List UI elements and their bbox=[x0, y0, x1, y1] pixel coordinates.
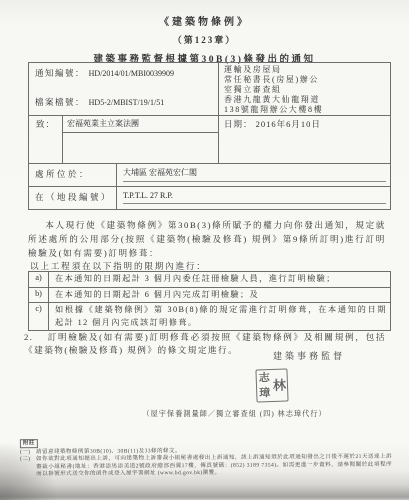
name-seal-stamp: 林 志 璋 bbox=[255, 368, 288, 402]
deadline-item-b: b) 在本通知的日期起計 6 個月內完成訂明檢驗；及 bbox=[29, 287, 390, 303]
reference-row: 通知編號： HD/2014/01/MBI0039909 檔案檔號： HD5-2/… bbox=[29, 63, 390, 115]
premises-row: 處所位於： 大埔區 宏福苑宏仁閣 bbox=[29, 163, 390, 186]
issuer-line: 運輸及房屋局 bbox=[224, 65, 388, 75]
premises-value: 大埔區 宏福苑宏仁閣 bbox=[123, 167, 386, 182]
footnote-text: 如你欲對此項通知提出上訴，可向建築物上訴審裁小組秘書處發出上訴通知，該上訴通知須… bbox=[36, 454, 392, 478]
date-cell: 日期： 2016年6月10日 bbox=[219, 116, 390, 163]
deadline-item-a: a) 在本通知的日期起計 3 個月內委任註冊檢驗人員，進行訂明檢驗； bbox=[29, 272, 390, 287]
notice-info-table: 通知編號： HD/2014/01/MBI0039909 檔案檔號： HD5-2/… bbox=[28, 62, 391, 210]
chapter-number: （第123章） bbox=[0, 33, 409, 46]
footnote-number: (二) bbox=[20, 457, 36, 479]
seal-character: 志 bbox=[256, 370, 272, 386]
ordinance-title: 《建築物條例》 bbox=[0, 13, 409, 28]
to-label: 致： bbox=[29, 116, 63, 163]
attestation-line: （屋宇保養測量師／獨立審查組 (四) 林志璋代行） bbox=[60, 409, 409, 419]
footnote-2: (二) 如你欲對此項通知提出上訴，可向建築物上訴審裁小組秘書處發出上訴通知，該上… bbox=[20, 454, 392, 478]
date-value: 2016年6月10日 bbox=[256, 119, 321, 129]
recipient-name: 宏福苑業主立案法團 bbox=[63, 116, 218, 133]
issuer-address-cell: 運輸及房屋局 常任秘書長(房屋)辦公 室獨立審查組 香港九龍黃大仙龍翔道 138… bbox=[219, 63, 390, 115]
lot-cell: T.P.T.L. 27 R.P. bbox=[117, 187, 390, 209]
notice-number-line: 通知編號： HD/2014/01/MBI0039909 bbox=[35, 67, 214, 79]
issuer-line: 香港九龍黃大仙龍翔道 bbox=[224, 95, 388, 105]
reference-numbers-cell: 通知編號： HD/2014/01/MBI0039909 檔案檔號： HD5-2/… bbox=[29, 63, 219, 115]
main-paragraph: 本人現行使《建築物條例》第30B(3)條所賦予的權力向你發出通知，規定就所述處所… bbox=[28, 218, 386, 260]
recipient-cell: 宏福苑業主立案法團 bbox=[63, 116, 219, 163]
file-number-line: 檔案檔號： HD5-2/MBIST/19/1/51 bbox=[35, 96, 214, 108]
seal-character: 璋 bbox=[257, 386, 273, 402]
signature-title: 建築事務監督 bbox=[0, 349, 345, 362]
item-key: b) bbox=[29, 288, 49, 303]
lot-row: 在（地段編號） T.P.T.L. 27 R.P. bbox=[29, 186, 390, 209]
premises-label: 處所位於： bbox=[29, 164, 117, 186]
issuer-line: 室獨立審查組 bbox=[224, 85, 388, 95]
file-number-value: HD5-2/MBIST/19/1/51 bbox=[89, 98, 165, 107]
lot-label: 在（地段編號） bbox=[29, 187, 117, 209]
recipient-row: 致： 宏福苑業主立案法團 日期： 2016年6月10日 bbox=[29, 115, 390, 163]
deadline-item-c: c) 如根據《建築物條例》第 30B(8)條的規定需進行訂明修葺，在本通知的日期… bbox=[29, 302, 390, 330]
notice-number-label: 通知編號： bbox=[35, 68, 85, 78]
notice-number-value: HD/2014/01/MBI0039909 bbox=[89, 69, 174, 78]
deadline-items-table: a) 在本通知的日期起計 3 個月內委任註冊檢驗人員，進行訂明檢驗； b) 在本… bbox=[28, 271, 391, 331]
item-key: c) bbox=[29, 303, 49, 330]
date-label: 日期： bbox=[224, 119, 253, 129]
footnotes: 附註 (一) 請留意建築物條例第30B(10)、30B(11)及33條的條文。 … bbox=[20, 437, 392, 479]
notes-heading: 附註 bbox=[20, 439, 38, 448]
premises-cell: 大埔區 宏福苑宏仁閣 bbox=[117, 164, 390, 186]
item-text: 在本通知的日期起計 3 個月內委任註冊檢驗人員，進行訂明檢驗； bbox=[49, 272, 390, 287]
scanned-notice-document: 《建築物條例》 （第123章） 建築事務監督根據第30B(3)條發出的通知 通知… bbox=[0, 0, 409, 500]
item-text: 如根據《建築物條例》第 30B(8)條的規定需進行訂明修葺，在本通知的日期起計 … bbox=[49, 303, 390, 330]
seal-character: 林 bbox=[271, 369, 287, 401]
item-key: a) bbox=[29, 272, 49, 287]
issuer-line: 138號龍翔辦公大樓8樓 bbox=[224, 105, 388, 115]
paragraph-number: 2. bbox=[24, 332, 33, 342]
file-number-label: 檔案檔號： bbox=[35, 97, 85, 107]
document-title: 《建築物條例》 （第123章） 建築事務監督根據第30B(3)條發出的通知 bbox=[0, 13, 409, 65]
item-text: 在本通知的日期起計 6 個月內完成訂明檢驗；及 bbox=[49, 288, 390, 303]
issuer-line: 常任秘書長(房屋)辦公 bbox=[224, 75, 388, 85]
lot-value: T.P.T.L. 27 R.P. bbox=[123, 191, 386, 204]
